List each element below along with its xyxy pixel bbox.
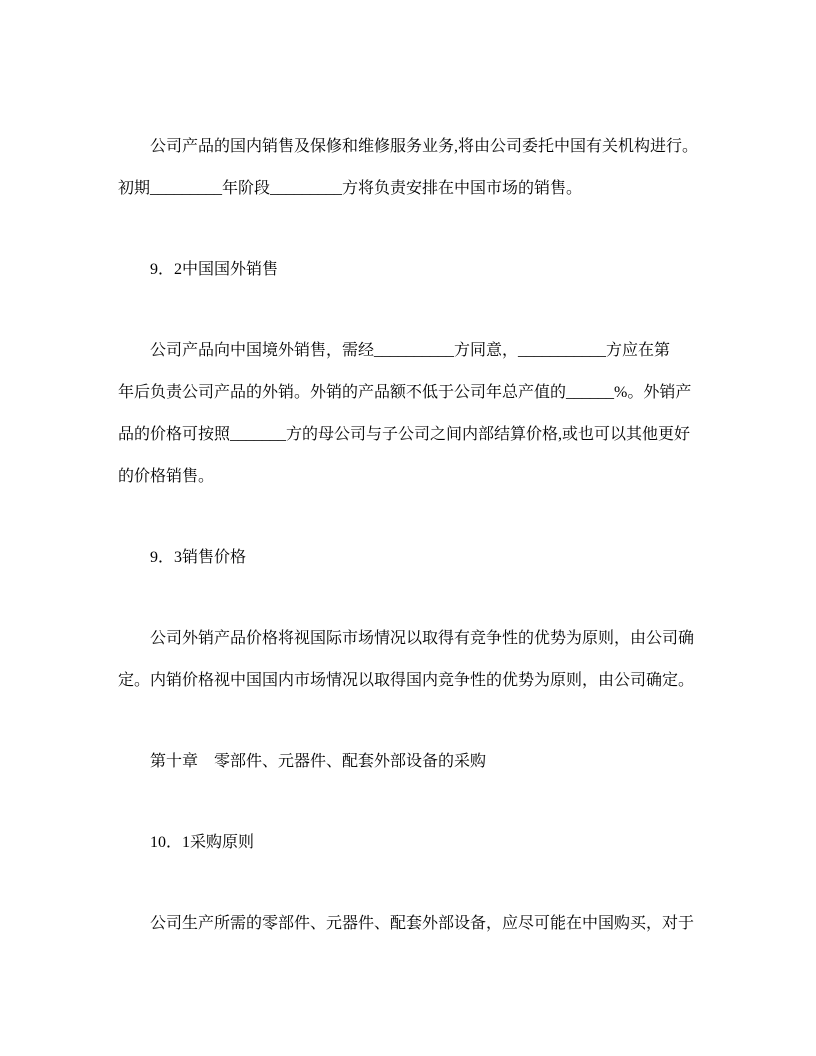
heading-9-3-sales-price: 9．3销售价格 bbox=[118, 537, 710, 579]
paragraph-overseas-sales: 公司产品向中国境外销售，需经__________方同意，___________方… bbox=[118, 330, 710, 498]
paragraph-line: 公司生产所需的零部件、元器件、配套外部设备，应尽可能在中国购买，对于 bbox=[118, 903, 710, 945]
paragraph-line: 的价格销售。 bbox=[118, 456, 710, 498]
heading-line: 9．2中国国外销售 bbox=[118, 249, 710, 291]
paragraph-line: 定。内销价格视中国国内市场情况以取得国内竞争性的优势为原则，由公司确定。 bbox=[118, 660, 710, 702]
paragraph-line-with-blanks: 公司产品向中国境外销售，需经__________方同意，___________方… bbox=[118, 330, 710, 372]
paragraph-line-with-blanks: 年后负责公司产品的外销。外销的产品额不低于公司年总产值的______%。外销产 bbox=[118, 372, 710, 414]
paragraph-domestic-sales: 公司产品的国内销售及保修和维修服务业务,将由公司委托中国有关机构进行。 初期__… bbox=[118, 126, 710, 210]
paragraph-line: 公司产品的国内销售及保修和维修服务业务,将由公司委托中国有关机构进行。 bbox=[118, 126, 710, 168]
heading-line: 第十章 零部件、元器件、配套外部设备的采购 bbox=[118, 741, 710, 783]
heading-9-2-overseas-sales: 9．2中国国外销售 bbox=[118, 249, 710, 291]
paragraph-line-with-blanks: 品的价格可按照_______方的母公司与子公司之间内部结算价格,或也可以其他更好 bbox=[118, 414, 710, 456]
paragraph-pricing-principle: 公司外销产品价格将视国际市场情况以取得有竞争性的优势为原则，由公司确 定。内销价… bbox=[118, 618, 710, 702]
heading-10-1-procurement-principle: 10．1采购原则 bbox=[118, 822, 710, 864]
document-page: 公司产品的国内销售及保修和维修服务业务,将由公司委托中国有关机构进行。 初期__… bbox=[0, 0, 816, 1056]
heading-line: 10．1采购原则 bbox=[118, 822, 710, 864]
heading-chapter-10-procurement: 第十章 零部件、元器件、配套外部设备的采购 bbox=[118, 741, 710, 783]
paragraph-procurement: 公司生产所需的零部件、元器件、配套外部设备，应尽可能在中国购买，对于 bbox=[118, 903, 710, 945]
heading-line: 9．3销售价格 bbox=[118, 537, 710, 579]
paragraph-line-with-blanks: 初期_________年阶段_________方将负责安排在中国市场的销售。 bbox=[118, 168, 710, 210]
paragraph-line: 公司外销产品价格将视国际市场情况以取得有竞争性的优势为原则，由公司确 bbox=[118, 618, 710, 660]
